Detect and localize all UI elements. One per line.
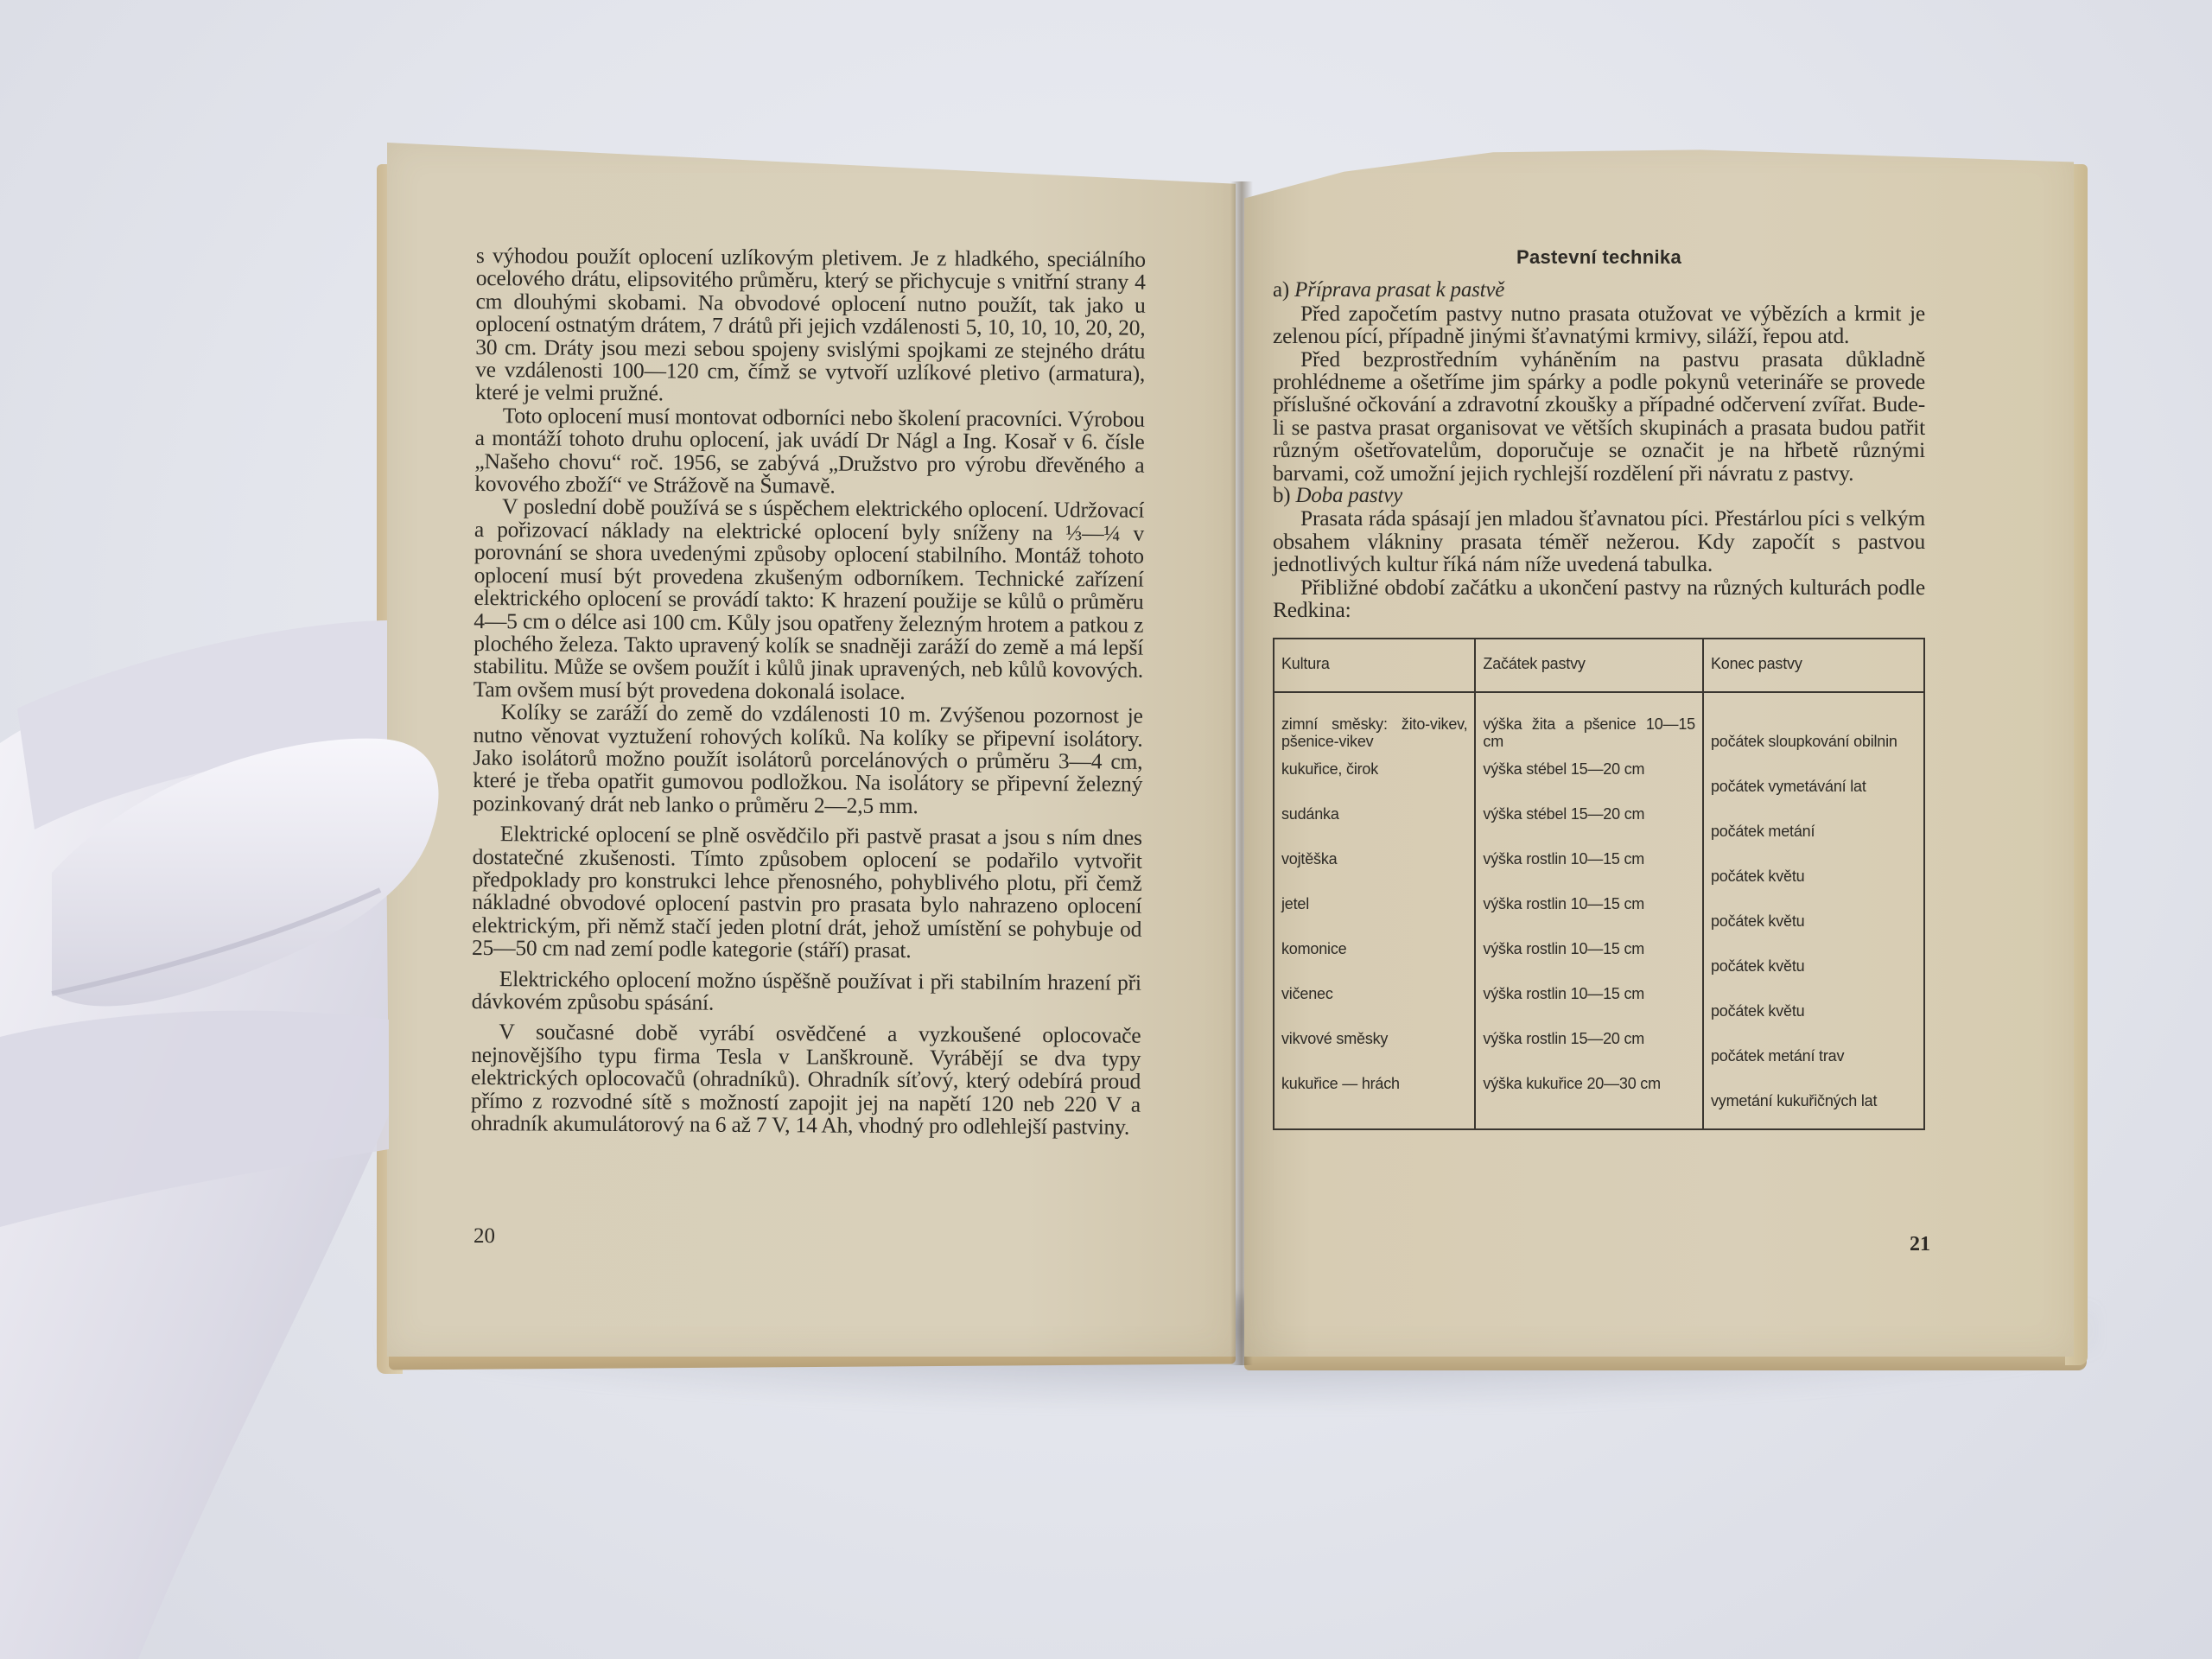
pasture-period-table: Kultura Začátek pastvy Konec pastvy zimn… xyxy=(1273,638,1925,1130)
table-row: kukuřice, čirok výška stébel 15—20 cm po… xyxy=(1274,758,1924,803)
cell-kultura: zimní směsky: žito-vikev, pšenice-vikev xyxy=(1274,692,1475,758)
paragraph: Elektrického oplocení možno úspěšně použ… xyxy=(472,968,1141,1018)
cell-konec: počátek metání trav xyxy=(1703,1027,1924,1072)
paragraph: Před započetím pastvy nutno prasata otuž… xyxy=(1273,302,1925,348)
paragraph: s výhodou použít oplocení uzlíkovým plet… xyxy=(475,245,1146,409)
cell-konec: počátek metání xyxy=(1703,803,1924,848)
cell-kultura: vičenec xyxy=(1274,982,1475,1027)
table-row: komonice výška rostlin 10—15 cm počátek … xyxy=(1274,938,1924,982)
cell-zacatek: výška kukuřice 20—30 cm xyxy=(1475,1072,1703,1129)
paragraph: V současné době vyrábí osvědčené a vyzko… xyxy=(471,1020,1141,1139)
section-title: Příprava prasat k pastvě xyxy=(1294,278,1504,302)
table-row: vikvové směsky výška rostlin 15—20 cm po… xyxy=(1274,1027,1924,1072)
table-row: vičenec výška rostlin 10—15 cm počátek k… xyxy=(1274,982,1924,1027)
glove-index-finger xyxy=(17,620,387,829)
paragraph: Elektrické oplocení se plně osvědčilo př… xyxy=(472,823,1142,963)
table-row: zimní směsky: žito-vikev, pšenice-vikev … xyxy=(1274,692,1924,758)
right-page-text: Pastevní technika a) Příprava prasat k p… xyxy=(1273,246,1925,1130)
paragraph: Kolíky se zaráží do země do vzdálenosti … xyxy=(473,701,1143,819)
cell-zacatek: výška stébel 15—20 cm xyxy=(1475,758,1703,803)
cell-zacatek: výška rostlin 10—15 cm xyxy=(1475,938,1703,982)
cell-kultura: kukuřice — hrách xyxy=(1274,1072,1475,1129)
table-row: kukuřice — hrách výška kukuřice 20—30 cm… xyxy=(1274,1072,1924,1129)
section-title: Doba pastvy xyxy=(1296,484,1402,507)
left-page-text: s výhodou použít oplocení uzlíkovým plet… xyxy=(471,245,1146,1139)
table-row: vojtěška výška rostlin 10—15 cm počátek … xyxy=(1274,848,1924,893)
column-header-konec: Konec pastvy xyxy=(1703,639,1924,692)
cell-zacatek: výška stébel 15—20 cm xyxy=(1475,803,1703,848)
cell-kultura: vojtěška xyxy=(1274,848,1475,893)
cell-konec: počátek květu xyxy=(1703,938,1924,982)
cell-konec: počátek sloupkování obilnin xyxy=(1703,692,1924,758)
cell-zacatek: výška rostlin 15—20 cm xyxy=(1475,1027,1703,1072)
cell-zacatek: výška rostlin 10—15 cm xyxy=(1475,848,1703,893)
cell-kultura: jetel xyxy=(1274,893,1475,938)
section-letter: b) xyxy=(1273,484,1290,507)
paragraph: V poslední době používá se s úspěchem el… xyxy=(474,495,1144,704)
cell-konec: počátek květu xyxy=(1703,982,1924,1027)
paragraph: Toto oplocení musí montovat odborníci ne… xyxy=(474,404,1145,499)
paragraph: Přibližné období začátku a ukončení past… xyxy=(1273,576,1925,622)
right-page[interactable]: Pastevní technika a) Příprava prasat k p… xyxy=(1244,143,2074,1357)
cell-konec: počátek květu xyxy=(1703,893,1924,938)
left-page[interactable]: s výhodou použít oplocení uzlíkovým plet… xyxy=(387,143,1236,1357)
page-number: 21 xyxy=(1910,1233,1930,1256)
cell-kultura: vikvové směsky xyxy=(1274,1027,1475,1072)
cell-kultura: komonice xyxy=(1274,938,1475,982)
page-number: 20 xyxy=(474,1224,495,1249)
glove-palm xyxy=(0,635,389,1659)
cell-zacatek: výška rostlin 10—15 cm xyxy=(1475,893,1703,938)
cell-zacatek: výška rostlin 10—15 cm xyxy=(1475,982,1703,1027)
chapter-title: Pastevní technika xyxy=(1273,246,1925,269)
cell-konec: počátek vymetávání lat xyxy=(1703,758,1924,803)
table-header-row: Kultura Začátek pastvy Konec pastvy xyxy=(1274,639,1924,692)
glove-lower-finger xyxy=(0,1011,389,1227)
section-heading-a: a) Příprava prasat k pastvě xyxy=(1273,279,1925,302)
section-letter: a) xyxy=(1273,278,1289,302)
table-row: sudánka výška stébel 15—20 cm počátek me… xyxy=(1274,803,1924,848)
cell-kultura: kukuřice, čirok xyxy=(1274,758,1475,803)
glove-fold-shadow xyxy=(52,890,380,994)
cell-konec: počátek květu xyxy=(1703,848,1924,893)
cell-kultura: sudánka xyxy=(1274,803,1475,848)
paragraph: Před bezprostředním vyháněním na pastvu … xyxy=(1273,348,1925,485)
section-heading-b: b) Doba pastvy xyxy=(1273,485,1925,507)
column-header-kultura: Kultura xyxy=(1274,639,1475,692)
cell-zacatek: výška žita a pšenice 10—15 cm xyxy=(1475,692,1703,758)
column-header-zacatek: Začátek pastvy xyxy=(1475,639,1703,692)
cell-konec: vymetání kukuřičných lat xyxy=(1703,1072,1924,1129)
table-row: jetel výška rostlin 10—15 cm počátek kvě… xyxy=(1274,893,1924,938)
paragraph: Prasata ráda spásají jen mladou šťavnato… xyxy=(1273,507,1925,575)
